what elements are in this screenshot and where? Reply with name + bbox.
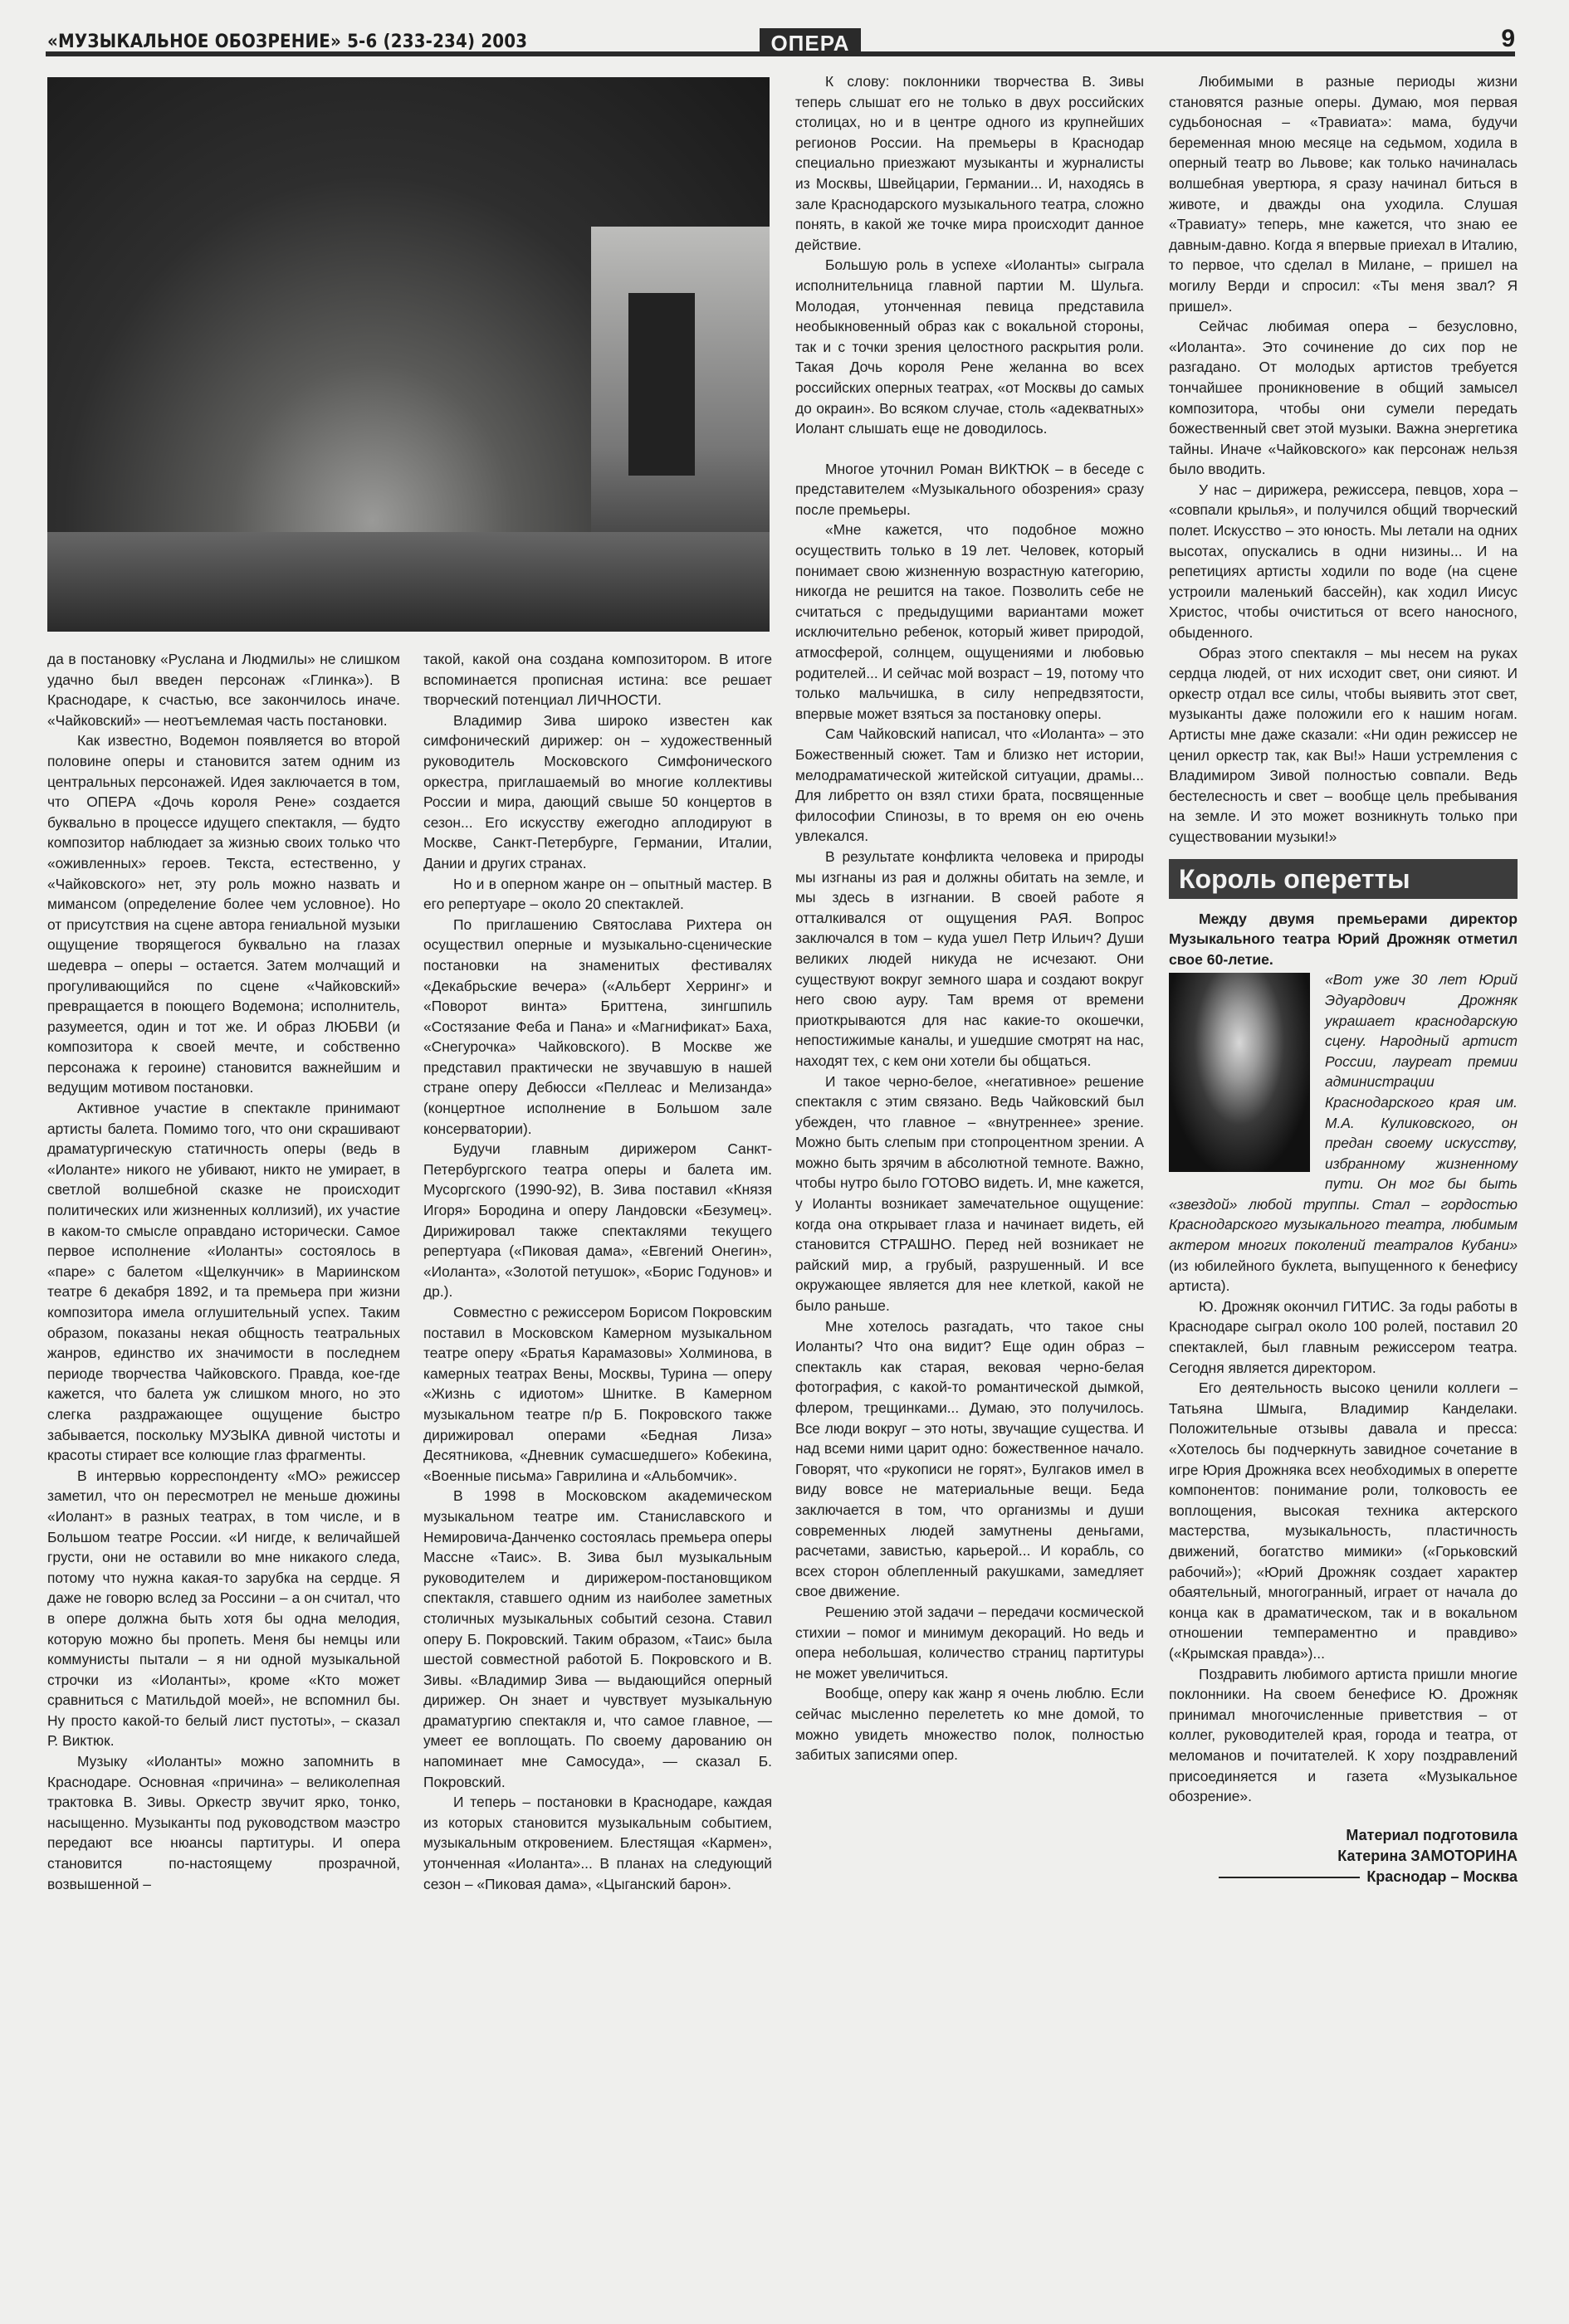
paragraph: такой, какой она создана композитором. В… [423, 649, 772, 710]
paragraph: «Мне кажется, что подобное можно осущест… [795, 520, 1144, 724]
column-2: такой, какой она создана композитором. В… [423, 649, 772, 1894]
paragraph: Владимир Зива широко известен как симфон… [423, 710, 772, 874]
portrait-photo [1169, 973, 1310, 1172]
stage-floor [47, 532, 770, 632]
paragraph: По приглашению Святослава Рихтера он осу… [423, 915, 772, 1140]
paragraph: Музыку «Иоланты» можно запомнить в Красн… [47, 1751, 400, 1894]
section-label: ОПЕРА [760, 28, 861, 56]
paragraph: Сам Чайковский написал, что «Иоланта» – … [795, 724, 1144, 847]
paragraph: Образ этого спектакля – мы несем на рука… [1169, 643, 1518, 847]
paragraph: И теперь – постановки в Краснодаре, кажд… [423, 1792, 772, 1894]
paragraph: Но и в оперном жанре он – опытный мастер… [423, 874, 772, 915]
paragraph: Решению этой задачи – передачи космическ… [795, 1602, 1144, 1683]
paragraph: Многое уточнил Роман ВИКТЮК – в беседе с… [795, 459, 1144, 520]
signature-line-3-wrap: Краснодар – Москва [1169, 1867, 1518, 1887]
paragraph: В 1998 в Московском академическом музыка… [423, 1486, 772, 1792]
paragraph: Вообще, оперу как жанр я очень люблю. Ес… [795, 1683, 1144, 1765]
paragraph: Мне хотелось разгадать, что такое сны Ио… [795, 1316, 1144, 1602]
paragraph: Как известно, Водемон появляется во втор… [47, 730, 400, 1098]
signature-line-1: Материал подготовила [1169, 1825, 1518, 1846]
sidebar-headline: Король оперетты [1169, 859, 1518, 899]
opera-stage-photo [47, 77, 770, 632]
paragraph: К слову: поклонники творчества В. Зивы т… [795, 71, 1144, 255]
signature-line-3: Краснодар – Москва [1366, 1868, 1518, 1885]
paragraph: Его деятельность высоко ценили коллеги –… [1169, 1378, 1518, 1663]
paragraph: В интервью корреспонденту «МО» режиссер … [47, 1466, 400, 1751]
paragraph: да в постановку «Руслана и Людмилы» не с… [47, 649, 400, 730]
page-number: 9 [1501, 25, 1515, 53]
paragraph: Большую роль в успехе «Иоланты» сыграла … [795, 255, 1144, 438]
page-header: «МУЗЫКАЛЬНОЕ ОБОЗРЕНИЕ» 5-6 (233-234) 20… [46, 28, 1515, 55]
signature-rule [1219, 1877, 1360, 1878]
column-1: да в постановку «Руслана и Людмилы» не с… [47, 649, 400, 1894]
publication-title: «МУЗЫКАЛЬНОЕ ОБОЗРЕНИЕ» 5-6 (233-234) 20… [47, 32, 527, 52]
paragraph: Активное участие в спектакле принимают а… [47, 1098, 400, 1466]
paragraph: Любимыми в разные периоды жизни становят… [1169, 71, 1518, 316]
sidebar-lead: Между двумя премьерами директор Музыкаль… [1169, 909, 1518, 970]
paragraph: И такое черно-белое, «негативное» решени… [795, 1072, 1144, 1316]
paragraph: Поздравить любимого артиста пришли многи… [1169, 1664, 1518, 1807]
paragraph: Сейчас любимая опера – безусловно, «Иола… [1169, 316, 1518, 480]
paragraph: В результате конфликта человека и природ… [795, 847, 1144, 1072]
paragraph: Будучи главным дирижером Санкт-Петербург… [423, 1139, 772, 1302]
signature-line-2: Катерина ЗАМОТОРИНА [1169, 1846, 1518, 1867]
column-4: Любимыми в разные периоды жизни становят… [1169, 71, 1518, 1887]
signature: Материал подготовила Катерина ЗАМОТОРИНА… [1169, 1825, 1518, 1887]
stage-set-door [628, 293, 695, 476]
paragraph: Ю. Дрожняк окончил ГИТИС. За годы работы… [1169, 1296, 1518, 1378]
paragraph: У нас – дирижера, режиссера, певцов, хор… [1169, 480, 1518, 643]
paragraph: Совместно с режиссером Борисом Покровски… [423, 1302, 772, 1486]
column-3: К слову: поклонники творчества В. Зивы т… [795, 71, 1144, 1765]
quote-source: (из юбилейного буклета, выпущенного к бе… [1169, 1257, 1518, 1295]
